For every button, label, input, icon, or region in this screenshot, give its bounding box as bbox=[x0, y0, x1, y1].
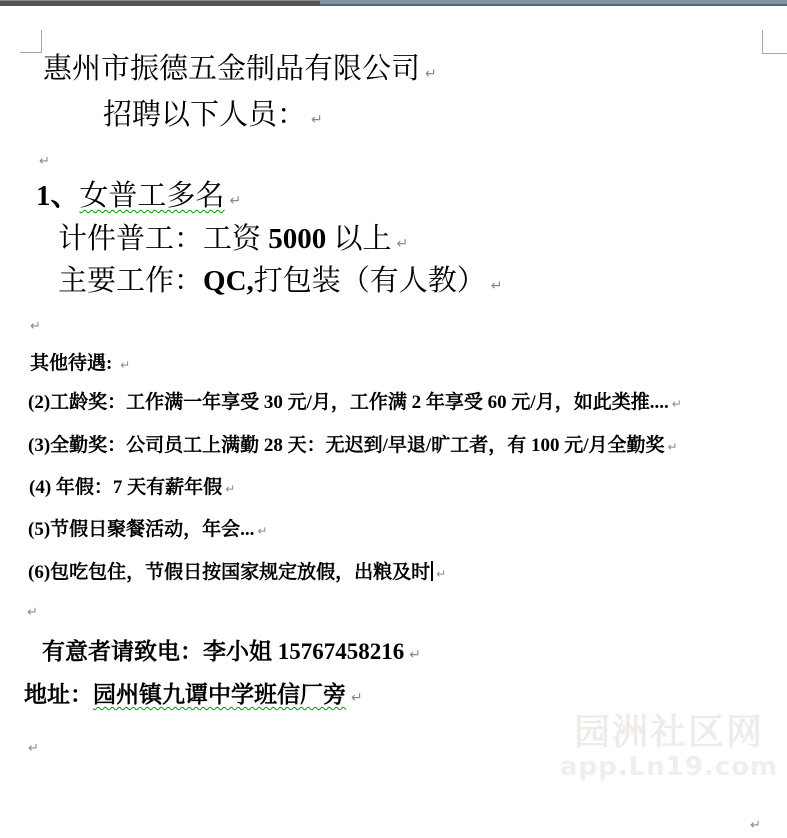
address-text: 园州镇九谭中学班信厂旁 bbox=[93, 682, 346, 707]
salary-line-post: 以上 bbox=[326, 223, 391, 255]
benefit-item-seniority[interactable]: (2)工龄奖：工作满一年享受 30 元/月，工作满 2 年享受 60 元/月，如… bbox=[28, 393, 682, 413]
duties-line-pre: 主要工作： bbox=[58, 265, 203, 297]
pilcrow-mark-icon: ↵ bbox=[39, 154, 50, 169]
benefits-heading-text: 其他待遇: bbox=[30, 353, 117, 374]
pilcrow-mark-icon: ↵ bbox=[409, 647, 421, 663]
benefit-item-annual-leave[interactable]: (4) 年假：7 天有薪年假↵ bbox=[29, 478, 235, 498]
window-top-edge-left bbox=[0, 0, 320, 6]
window-top-edge-right bbox=[320, 0, 787, 6]
salary-amount: 5000 bbox=[268, 223, 326, 255]
margin-mark-top-right-icon bbox=[762, 30, 787, 54]
pilcrow-mark-icon: ↵ bbox=[28, 741, 39, 756]
benefit-item-text: (3)全勤奖：公司员工上满勤 28 天：无迟到/早退/旷工者，有 100 元/月… bbox=[28, 435, 665, 456]
pilcrow-mark-icon: ↵ bbox=[230, 193, 242, 209]
address-label: 地址： bbox=[24, 682, 93, 707]
margin-mark-top-left-icon bbox=[20, 30, 42, 53]
benefit-item-text: (6)包吃包住，节假日按国家规定放假，出粮及时 bbox=[28, 562, 430, 583]
pilcrow-mark-icon: ↵ bbox=[311, 112, 323, 128]
pilcrow-mark-icon: ↵ bbox=[672, 397, 682, 411]
duties-qc: QC, bbox=[203, 265, 254, 297]
benefits-heading[interactable]: 其他待遇: ↵ bbox=[30, 354, 130, 374]
company-title-text: 惠州市振德五金制品有限公司 bbox=[43, 53, 420, 85]
pilcrow-mark-icon: ↵ bbox=[225, 482, 235, 496]
text-cursor bbox=[431, 561, 433, 581]
benefit-item-attendance[interactable]: (3)全勤奖：公司员工上满勤 28 天：无迟到/早退/旷工者，有 100 元/月… bbox=[28, 436, 678, 456]
site-watermark: 园洲社区网 app.Ln19.com bbox=[560, 712, 778, 782]
pilcrow-mark-icon: ↵ bbox=[27, 605, 38, 620]
pilcrow-mark-icon: ↵ bbox=[436, 567, 446, 581]
job-line-duties[interactable]: 主要工作：QC,打包装（有人教）↵ bbox=[58, 266, 503, 296]
pilcrow-mark-icon: ↵ bbox=[257, 524, 267, 538]
job-heading[interactable]: 1、女普工多名↵ bbox=[36, 181, 241, 211]
pilcrow-mark-icon: ↵ bbox=[30, 319, 41, 334]
company-title[interactable]: 惠州市振德五金制品有限公司↵ bbox=[43, 54, 437, 84]
document-page[interactable]: 惠州市振德五金制品有限公司↵ 招聘以下人员：↵ ↵ 1、女普工多名↵ 计件普工：… bbox=[0, 0, 787, 838]
contact-phone: 15767458216 bbox=[278, 639, 405, 664]
job-heading-text: 女普工多名 bbox=[80, 180, 225, 212]
benefit-item-room-board[interactable]: (6)包吃包住，节假日按国家规定放假，出粮及时↵ bbox=[28, 561, 446, 583]
pilcrow-mark-icon: ↵ bbox=[120, 358, 130, 372]
doc-subtitle-text: 招聘以下人员： bbox=[103, 99, 306, 131]
watermark-site-url: app.Ln19.com bbox=[560, 753, 778, 782]
pilcrow-mark-icon: ↵ bbox=[668, 440, 678, 454]
pilcrow-mark-icon: ↵ bbox=[397, 236, 409, 252]
doc-subtitle[interactable]: 招聘以下人员：↵ bbox=[103, 100, 323, 130]
pilcrow-mark-icon: ↵ bbox=[750, 818, 761, 833]
benefit-item-text: (4) 年假：7 天有薪年假 bbox=[29, 477, 222, 498]
duties-line-post: 打包装（有人教） bbox=[254, 265, 486, 297]
salary-line-pre: 计件普工：工资 bbox=[58, 223, 268, 255]
contact-line-text: 有意者请致电：李小姐 bbox=[42, 639, 278, 664]
job-line-salary[interactable]: 计件普工：工资 5000 以上↵ bbox=[58, 224, 408, 254]
watermark-site-name: 园洲社区网 bbox=[560, 712, 778, 753]
window-top-edge bbox=[0, 0, 787, 6]
pilcrow-mark-icon: ↵ bbox=[425, 66, 437, 82]
contact-line[interactable]: 有意者请致电：李小姐 15767458216↵ bbox=[42, 640, 421, 664]
pilcrow-mark-icon: ↵ bbox=[351, 690, 363, 706]
address-line[interactable]: 地址：园州镇九谭中学班信厂旁↵ bbox=[24, 683, 363, 707]
benefit-item-text: (2)工龄奖：工作满一年享受 30 元/月，工作满 2 年享受 60 元/月，如… bbox=[28, 392, 669, 413]
benefit-item-events[interactable]: (5)节假日聚餐活动，年会...↵ bbox=[28, 520, 267, 540]
job-heading-number: 1、 bbox=[36, 180, 80, 212]
pilcrow-mark-icon: ↵ bbox=[491, 278, 503, 294]
benefit-item-text: (5)节假日聚餐活动，年会... bbox=[28, 519, 254, 540]
